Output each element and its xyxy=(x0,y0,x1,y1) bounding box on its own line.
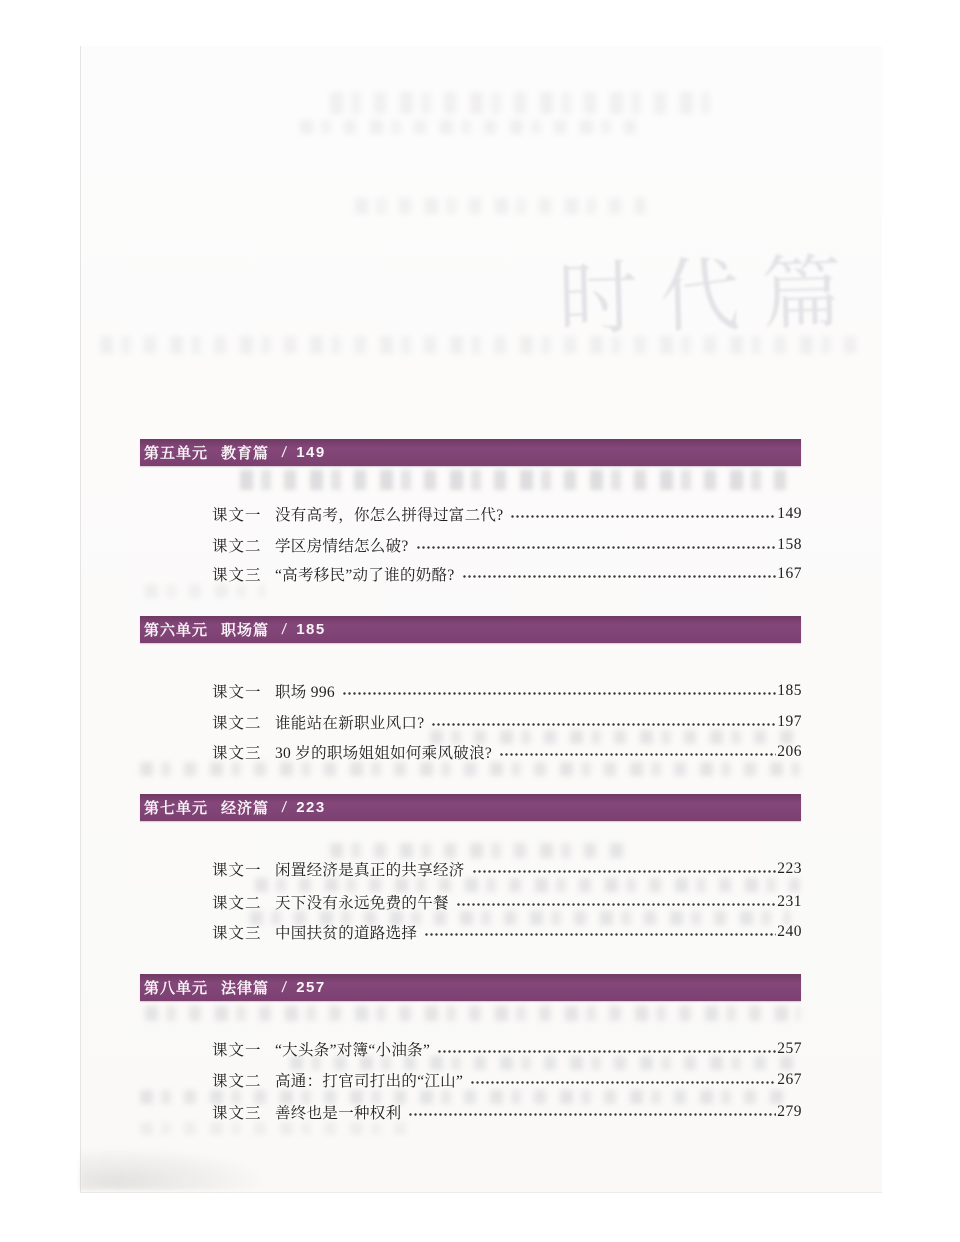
bleedthrough-line xyxy=(300,120,640,134)
bleedthrough-line xyxy=(355,198,645,214)
unit-header-bar: 第六单元 职场篇 / 185 xyxy=(140,616,801,643)
unit-start-page: 257 xyxy=(296,979,326,996)
lesson-title: 没有高考，你怎么拼得过富二代? xyxy=(275,503,503,525)
toc-lesson-row: 课文三 30 岁的职场姐姐如何乘风破浪? 206 xyxy=(212,741,802,763)
lesson-page-number: 223 xyxy=(777,860,802,878)
lesson-title: 闲置经济是真正的共享经济 xyxy=(275,858,465,880)
lesson-title: 善终也是一种权利 xyxy=(275,1101,401,1123)
lesson-page-number: 257 xyxy=(777,1040,802,1058)
lesson-title: 职场 996 xyxy=(275,680,335,702)
dot-leader xyxy=(409,1113,776,1116)
lesson-title: 天下没有永远免费的午餐 xyxy=(275,891,449,913)
lesson-title: “大头条”对簿“小油条” xyxy=(275,1038,430,1060)
lesson-page-number: 197 xyxy=(777,713,802,731)
dot-leader xyxy=(438,1050,776,1053)
toc-lesson-row: 课文一 “大头条”对簿“小油条” 257 xyxy=(212,1038,802,1060)
unit-number: 第五单元 xyxy=(144,442,208,463)
lesson-title: 30 岁的职场姐姐如何乘风破浪? xyxy=(275,741,492,763)
unit-header-bar: 第五单元 教育篇 / 149 xyxy=(140,439,801,466)
lesson-label: 课文一 xyxy=(212,680,262,702)
lesson-page-number: 149 xyxy=(777,505,802,523)
toc-lesson-row: 课文二 谁能站在新职业风口? 197 xyxy=(212,711,802,733)
toc-lesson-row: 课文一 职场 996 185 xyxy=(212,680,802,702)
unit-number: 第六单元 xyxy=(144,619,208,640)
dot-leader xyxy=(471,1081,776,1084)
unit-section-title: 法律篇 xyxy=(221,977,269,998)
bleedthrough-line xyxy=(255,878,800,892)
dot-leader xyxy=(425,933,776,936)
lesson-label: 课文一 xyxy=(212,858,262,880)
lesson-title: 高通：打官司打出的“江山” xyxy=(275,1069,463,1091)
slash-separator: / xyxy=(281,444,289,461)
slash-separator: / xyxy=(281,799,289,816)
lesson-title: 谁能站在新职业风口? xyxy=(275,711,424,733)
slash-separator: / xyxy=(281,979,289,996)
unit-header-bar: 第八单元 法律篇 / 257 xyxy=(140,974,801,1001)
bleedthrough-line xyxy=(145,584,265,598)
lesson-label: 课文三 xyxy=(212,921,262,943)
lesson-page-number: 231 xyxy=(777,893,802,911)
toc-lesson-row: 课文三 中国扶贫的道路选择 240 xyxy=(212,921,802,943)
toc-lesson-row: 课文二 高通：打官司打出的“江山” 267 xyxy=(212,1069,802,1091)
lesson-page-number: 279 xyxy=(777,1103,802,1121)
toc-lesson-row: 课文三 善终也是一种权利 279 xyxy=(212,1101,802,1123)
unit-start-page: 185 xyxy=(296,621,326,638)
lesson-label: 课文三 xyxy=(212,563,262,585)
lesson-label: 课文一 xyxy=(212,1038,262,1060)
lesson-title: 学区房情结怎么破? xyxy=(275,534,409,556)
unit-start-page: 149 xyxy=(296,444,326,461)
lesson-page-number: 240 xyxy=(777,923,802,941)
unit-section-title: 经济篇 xyxy=(221,797,269,818)
bleedthrough-line xyxy=(330,92,710,114)
lesson-page-number: 167 xyxy=(777,565,802,583)
lesson-page-number: 185 xyxy=(777,682,802,700)
lesson-label: 课文二 xyxy=(212,711,262,733)
toc-lesson-row: 课文一 没有高考，你怎么拼得过富二代? 149 xyxy=(212,503,802,525)
lesson-title: 中国扶贫的道路选择 xyxy=(275,921,417,943)
lesson-page-number: 267 xyxy=(777,1071,802,1089)
lesson-page-number: 206 xyxy=(777,743,802,761)
lesson-label: 课文一 xyxy=(212,503,262,525)
scanned-book-page: 时代篇 第五单元 教育篇 / 149 课文一 没有高考，你怎么拼得过富二代? 1… xyxy=(0,0,960,1242)
bleedthrough-line xyxy=(145,1006,800,1021)
unit-number: 第八单元 xyxy=(144,977,208,998)
toc-lesson-row: 课文二 学区房情结怎么破? 158 xyxy=(212,534,802,556)
lesson-label: 课文二 xyxy=(212,534,262,556)
dot-leader xyxy=(343,692,776,695)
unit-number: 第七单元 xyxy=(144,797,208,818)
slash-separator: / xyxy=(281,621,289,638)
bleedthrough-line xyxy=(140,762,800,776)
dot-leader xyxy=(463,575,777,578)
bleedthrough-heading xyxy=(240,470,790,490)
unit-header-bar: 第七单元 经济篇 / 223 xyxy=(140,794,801,821)
toc-lesson-row: 课文二 天下没有永远免费的午餐 231 xyxy=(212,891,802,913)
unit-start-page: 223 xyxy=(296,799,326,816)
dot-leader xyxy=(432,723,776,726)
lesson-page-number: 158 xyxy=(777,536,802,554)
bleedthrough-line xyxy=(100,336,860,354)
lesson-label: 课文三 xyxy=(212,741,262,763)
dot-leader xyxy=(457,903,776,906)
lesson-label: 课文二 xyxy=(212,891,262,913)
bleedthrough-line xyxy=(330,843,630,858)
lesson-label: 课文三 xyxy=(212,1101,262,1123)
lesson-title: “高考移民”动了谁的奶酪? xyxy=(275,563,455,585)
bleedthrough-line xyxy=(140,1122,410,1135)
dot-leader xyxy=(500,753,776,756)
lesson-label: 课文二 xyxy=(212,1069,262,1091)
dot-leader xyxy=(511,515,776,518)
unit-section-title: 职场篇 xyxy=(221,619,269,640)
scan-smudge xyxy=(80,1146,270,1190)
dot-leader xyxy=(473,870,777,873)
toc-lesson-row: 课文三 “高考移民”动了谁的奶酪? 167 xyxy=(212,563,802,585)
unit-section-title: 教育篇 xyxy=(221,442,269,463)
toc-lesson-row: 课文一 闲置经济是真正的共享经济 223 xyxy=(212,858,802,880)
dot-leader xyxy=(417,546,777,549)
